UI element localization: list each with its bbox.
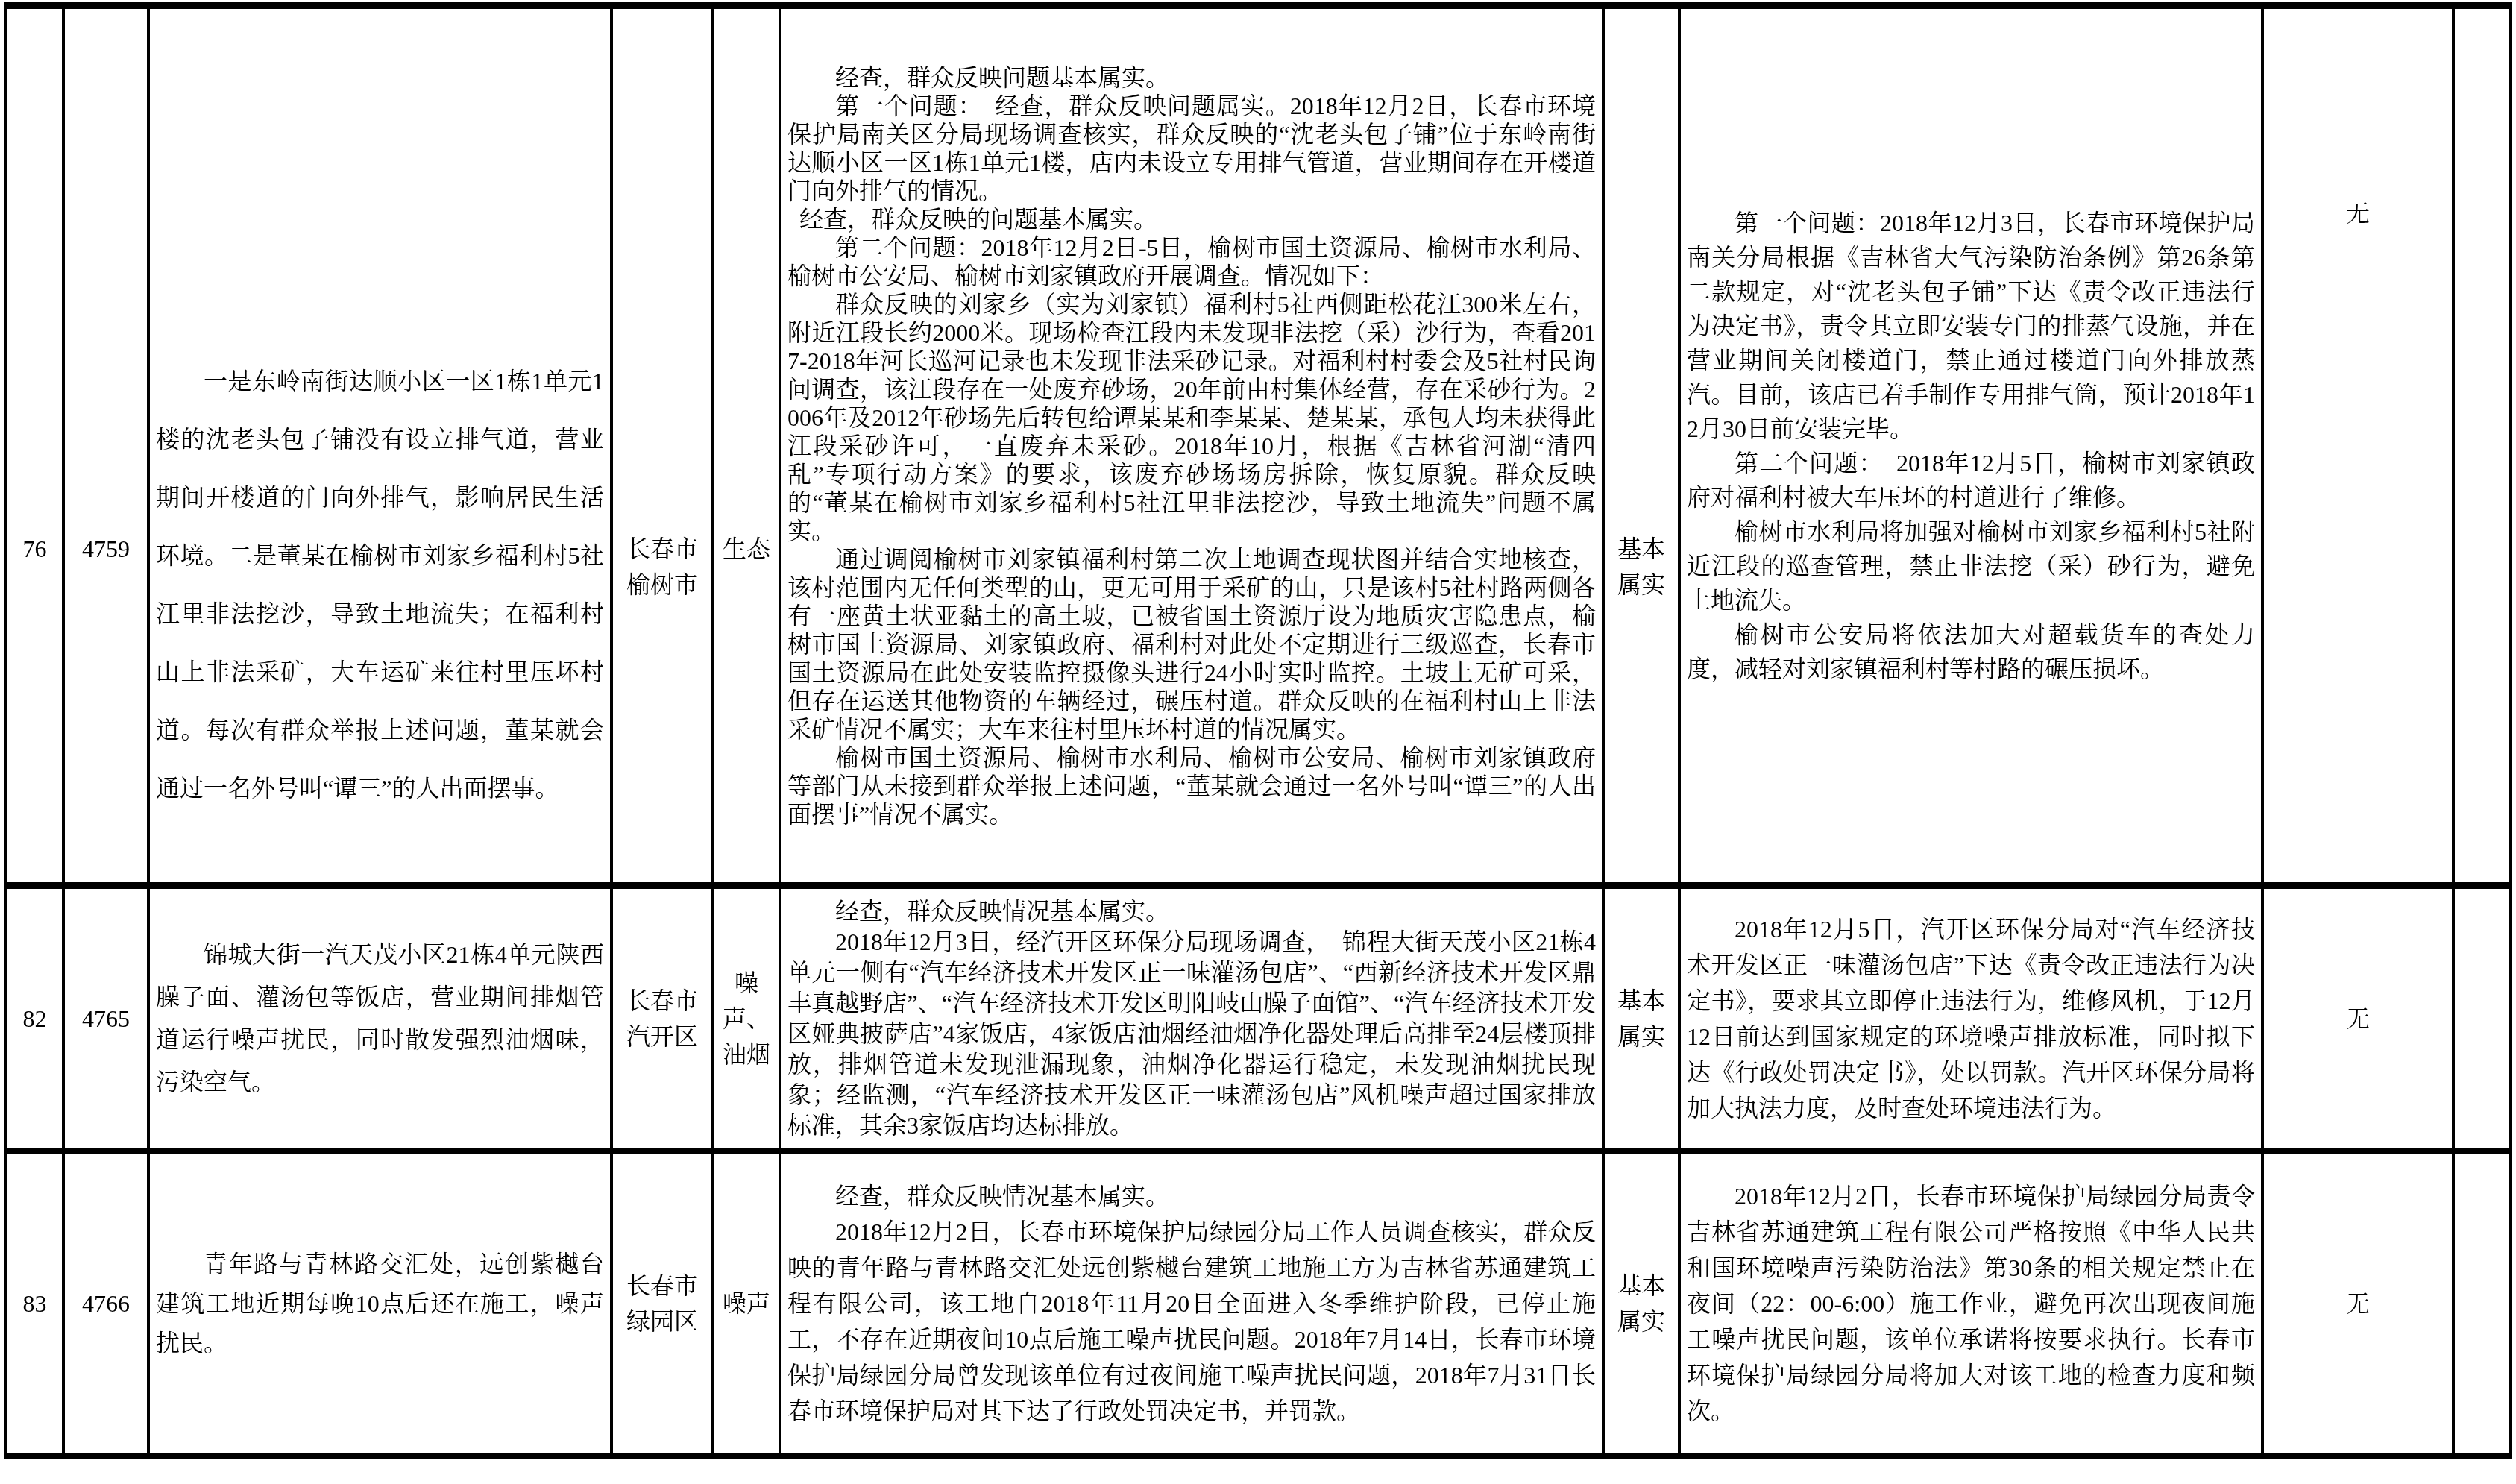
- investigation-cell: 经查，群众反映情况基本属实。2018年12月2日，长春市环境保护局绿园分局工作人…: [780, 1151, 1603, 1456]
- paragraph: 榆树市水利局将加强对榆树市刘家乡福利村5社附近江段的巡查管理，禁止非法挖（采）砂…: [1687, 515, 2255, 617]
- verification-cell: 基本属实: [1603, 1151, 1679, 1456]
- verification-cell: 基本属实: [1603, 886, 1679, 1151]
- handling-cell: 第一个问题：2018年12月3日，长春市环境保护局南关分局根据《吉林省大气污染防…: [1679, 6, 2262, 886]
- paragraph: 经查，群众反映情况基本属实。: [787, 1178, 1596, 1214]
- remark-cell: [2453, 886, 2510, 1151]
- paragraph: 群众反映的刘家乡（实为刘家镇）福利村5社西侧距松花江300米左右，附近江段长约2…: [787, 290, 1596, 545]
- handling-cell: 2018年12月5日，汽开区环保分局对“汽车经济技术开发区正一味灌汤包店”下达《…: [1679, 886, 2262, 1151]
- region-cell: 长春市绿园区: [611, 1151, 713, 1456]
- accountability-cell: 无: [2262, 6, 2453, 886]
- case-number-cell: 4766: [63, 1151, 148, 1456]
- paragraph: 2018年12月2日，长春市环境保护局绿园分局工作人员调查核实，群众反映的青年路…: [787, 1214, 1596, 1429]
- case-number-cell: 4759: [63, 6, 148, 886]
- document-page: 764759一是东岭南街达顺小区一区1栋1单元1楼的沈老头包子铺没有设立排气道，…: [0, 2, 2516, 1459]
- remark-cell: [2453, 1151, 2510, 1456]
- paragraph: 榆树市公安局将依法加大对超载货车的查处力度，减轻对刘家镇福利村等村路的碾压损坏。: [1687, 617, 2255, 686]
- region-cell: 长春市榆树市: [611, 6, 713, 886]
- paragraph: 第一个问题：2018年12月3日，长春市环境保护局南关分局根据《吉林省大气污染防…: [1687, 206, 2255, 446]
- paragraph: 2018年12月5日，汽开区环保分局对“汽车经济技术开发区正一味灌汤包店”下达《…: [1687, 911, 2255, 1126]
- verification-cell: 基本属实: [1603, 6, 1679, 886]
- investigation-cell: 经查，群众反映问题基本属实。第一个问题： 经查，群众反映问题属实。2018年12…: [780, 6, 1603, 886]
- paragraph: 通过调阅榆树市刘家镇福利村第二次土地调查现状图并结合实地核查，该村范围内无任何类…: [787, 545, 1596, 743]
- complaint-cell: 一是东岭南街达顺小区一区1栋1单元1楼的沈老头包子铺没有设立排气道，营业期间开楼…: [148, 6, 611, 886]
- cases-table: 764759一是东岭南街达顺小区一区1栋1单元1楼的沈老头包子铺没有设立排气道，…: [4, 2, 2512, 1459]
- paragraph: 一是东岭南街达顺小区一区1栋1单元1楼的沈老头包子铺没有设立排气道，营业期间开楼…: [156, 352, 604, 817]
- table-row: 834766青年路与青林路交汇处，远创紫樾台建筑工地近期每晚10点后还在施工，噪…: [6, 1151, 2510, 1456]
- paragraph: 榆树市国土资源局、榆树市水利局、榆树市公安局、榆树市刘家镇政府等部门从未接到群众…: [787, 743, 1596, 829]
- paragraph: 第二个问题：2018年12月2日-5日，榆树市国土资源局、榆树市水利局、榆树市公…: [787, 233, 1596, 290]
- table-row: 764759一是东岭南街达顺小区一区1栋1单元1楼的沈老头包子铺没有设立排气道，…: [6, 6, 2510, 886]
- accountability-cell: 无: [2262, 886, 2453, 1151]
- pollution-type-cell: 噪声、油烟: [713, 886, 780, 1151]
- seq-cell: 76: [6, 6, 63, 886]
- paragraph: 青年路与青林路交汇处，远创紫樾台建筑工地近期每晚10点后还在施工，噪声扰民。: [156, 1245, 604, 1363]
- table-body: 764759一是东岭南街达顺小区一区1栋1单元1楼的沈老头包子铺没有设立排气道，…: [6, 6, 2510, 1456]
- seq-cell: 83: [6, 1151, 63, 1456]
- remark-cell: [2453, 6, 2510, 886]
- table-row: 824765锦城大街一汽天茂小区21栋4单元陕西臊子面、灌汤包等饭店，营业期间排…: [6, 886, 2510, 1151]
- paragraph: 锦城大街一汽天茂小区21栋4单元陕西臊子面、灌汤包等饭店，营业期间排烟管道运行噪…: [156, 934, 604, 1104]
- paragraph: 第二个问题： 2018年12月5日，榆树市刘家镇政府对福利村被大车压坏的村道进行…: [1687, 446, 2255, 515]
- paragraph: 2018年12月2日，长春市环境保护局绿园分局责令吉林省苏通建筑工程有限公司严格…: [1687, 1178, 2255, 1429]
- paragraph: 经查，群众反映情况基本属实。: [787, 896, 1596, 927]
- paragraph: 经查，群众反映问题基本属实。: [787, 63, 1596, 92]
- handling-cell: 2018年12月2日，长春市环境保护局绿园分局责令吉林省苏通建筑工程有限公司严格…: [1679, 1151, 2262, 1456]
- seq-cell: 82: [6, 886, 63, 1151]
- pollution-type-cell: 生态: [713, 6, 780, 886]
- investigation-cell: 经查，群众反映情况基本属实。2018年12月3日，经汽开区环保分局现场调查， 锦…: [780, 886, 1603, 1151]
- region-cell: 长春市汽开区: [611, 886, 713, 1151]
- pollution-type-cell: 噪声: [713, 1151, 780, 1456]
- paragraph: 第一个问题： 经查，群众反映问题属实。2018年12月2日，长春市环境保护局南关…: [787, 92, 1596, 205]
- case-number-cell: 4765: [63, 886, 148, 1151]
- accountability-cell: 无: [2262, 1151, 2453, 1456]
- paragraph: 2018年12月3日，经汽开区环保分局现场调查， 锦程大街天茂小区21栋4单元一…: [787, 927, 1596, 1141]
- complaint-cell: 锦城大街一汽天茂小区21栋4单元陕西臊子面、灌汤包等饭店，营业期间排烟管道运行噪…: [148, 886, 611, 1151]
- complaint-cell: 青年路与青林路交汇处，远创紫樾台建筑工地近期每晚10点后还在施工，噪声扰民。: [148, 1151, 611, 1456]
- paragraph: 经查，群众反映的问题基本属实。: [787, 205, 1596, 233]
